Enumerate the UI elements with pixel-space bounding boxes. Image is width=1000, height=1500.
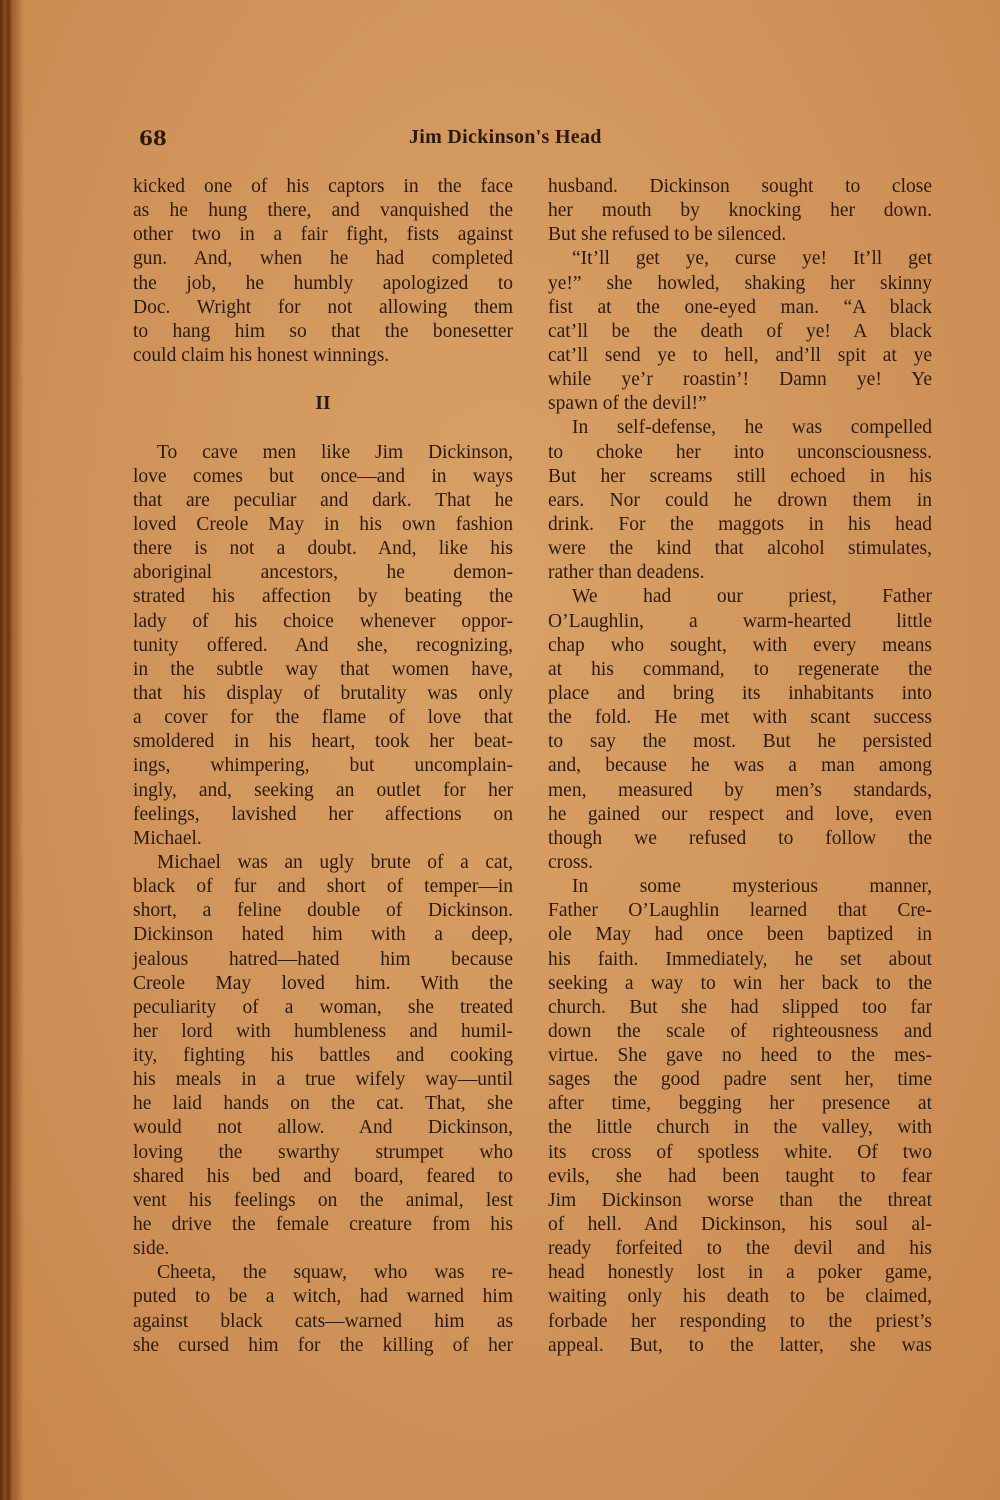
text-line: seeking a way to win her back to the [548, 972, 932, 996]
text-line: Michael was an ugly brute of a cat, [133, 851, 513, 875]
text-line: could claim his honest winnings. [133, 344, 513, 368]
text-line: down the scale of righteousness and [548, 1020, 932, 1044]
text-line: to choke her into unconsciousness. [548, 441, 932, 465]
text-line: men, measured by men’s standards, [548, 779, 932, 803]
text-line: But her screams still echoed in his [548, 465, 932, 489]
text-line: cross. [548, 851, 932, 875]
text-line: fist at the one-eyed man. “A black [548, 296, 932, 320]
text-line [133, 368, 513, 392]
text-line: spawn of the devil!” [548, 392, 932, 416]
text-line: ole May had once been baptized in [548, 923, 932, 947]
text-line: virtue. She gave no heed to the mes- [548, 1044, 932, 1068]
text-line: “It’ll get ye, curse ye! It’ll get [548, 247, 932, 271]
text-line: in the subtle way that women have, [133, 658, 513, 682]
text-line: while ye’r roastin’! Damn ye! Ye [548, 368, 932, 392]
text-line: his faith. Immediately, he set about [548, 948, 932, 972]
text-line: that are peculiar and dark. That he [133, 489, 513, 513]
text-line: Michael. [133, 827, 513, 851]
text-line: tunity offered. And she, recognizing, [133, 634, 513, 658]
text-line: smoldered in his heart, took her beat- [133, 730, 513, 754]
text-line [133, 416, 513, 440]
text-line: sages the good padre sent her, time [548, 1068, 932, 1092]
text-line: Doc. Wright for not allowing them [133, 296, 513, 320]
book-binding-edge [0, 0, 14, 1500]
text-line: were the kind that alcohol stimulates, [548, 537, 932, 561]
text-line: she cursed him for the killing of her [133, 1334, 513, 1358]
text-line: cat’ll be the death of ye! A black [548, 320, 932, 344]
text-line: against black cats—warned him as [133, 1310, 513, 1334]
text-line: Dickinson hated him with a deep, [133, 923, 513, 947]
text-line: forbade her responding to the priest’s [548, 1310, 932, 1334]
text-line: he drive the female creature from his [133, 1213, 513, 1237]
text-line: loved Creole May in his own fashion [133, 513, 513, 537]
text-line: after time, begging her presence at [548, 1092, 932, 1116]
text-line: other two in a fair fight, fists against [133, 223, 513, 247]
text-line: ings, whimpering, but uncomplain- [133, 754, 513, 778]
text-line: In self-defense, he was compelled [548, 416, 932, 440]
text-line: gun. And, when he had completed [133, 247, 513, 271]
text-line: though we refused to follow the [548, 827, 932, 851]
text-line: head honestly lost in a poker game, [548, 1261, 932, 1285]
text-line: ingly, and, seeking an outlet for her [133, 779, 513, 803]
text-line: shared his bed and board, feared to [133, 1165, 513, 1189]
text-line: Cheeta, the squaw, who was re- [133, 1261, 513, 1285]
text-line: aboriginal ancestors, he demon- [133, 561, 513, 585]
text-line: her lord with humbleness and humil- [133, 1020, 513, 1044]
text-line: kicked one of his captors in the face [133, 175, 513, 199]
text-line: at his command, to regenerate the [548, 658, 932, 682]
text-line: he gained our respect and love, even [548, 803, 932, 827]
text-line: ears. Nor could he drown them in [548, 489, 932, 513]
text-line: loving the swarthy strumpet who [133, 1141, 513, 1165]
text-line: ye!” she howled, shaking her skinny [548, 272, 932, 296]
text-line: to hang him so that the bonesetter [133, 320, 513, 344]
text-line: lady of his choice whenever oppor- [133, 610, 513, 634]
text-line: puted to be a witch, had warned him [133, 1285, 513, 1309]
text-line: the fold. He met with scant success [548, 706, 932, 730]
text-line: Father O’Laughlin learned that Cre- [548, 899, 932, 923]
text-line: To cave men like Jim Dickinson, [133, 441, 513, 465]
left-text-column: kicked one of his captors in the faceas … [133, 175, 513, 1358]
text-line: he laid hands on the cat. That, she [133, 1092, 513, 1116]
text-line: But she refused to be silenced. [548, 223, 932, 247]
text-line: place and bring its inhabitants into [548, 682, 932, 706]
text-line: the little church in the valley, with [548, 1116, 932, 1140]
page-number: 68 [139, 126, 167, 150]
text-line: her mouth by knocking her down. [548, 199, 932, 223]
text-line: would not allow. And Dickinson, [133, 1116, 513, 1140]
text-line: Creole May loved him. With the [133, 972, 513, 996]
text-line: appeal. But, to the latter, she was [548, 1334, 932, 1358]
page-header: 68 Jim Dickinson's Head [139, 126, 939, 156]
text-line: drink. For the maggots in his head [548, 513, 932, 537]
text-line: of hell. And Dickinson, his soul al- [548, 1213, 932, 1237]
text-line: rather than deadens. [548, 561, 932, 585]
text-line: love comes but once—and in ways [133, 465, 513, 489]
text-line: O’Laughlin, a warm-hearted little [548, 610, 932, 634]
section-heading: II [133, 392, 513, 416]
text-line: cat’ll send ye to hell, and’ll spit at y… [548, 344, 932, 368]
text-line: to say the most. But he persisted [548, 730, 932, 754]
text-line: his meals in a true wifely way—until [133, 1068, 513, 1092]
text-line: evils, she had been taught to fear [548, 1165, 932, 1189]
text-line: a cover for the flame of love that [133, 706, 513, 730]
text-line: ity, fighting his battles and cooking [133, 1044, 513, 1068]
text-line: short, a feline double of Dickinson. [133, 899, 513, 923]
text-line: waiting only his death to be claimed, [548, 1285, 932, 1309]
text-line: husband. Dickinson sought to close [548, 175, 932, 199]
text-line: chap who sought, with every means [548, 634, 932, 658]
text-line: that his display of brutality was only [133, 682, 513, 706]
text-line: side. [133, 1237, 513, 1261]
running-title: Jim Dickinson's Head [409, 126, 602, 149]
binding-shadow [14, 0, 24, 1500]
text-line: jealous hatred—hated him because [133, 948, 513, 972]
text-line: vent his feelings on the animal, lest [133, 1189, 513, 1213]
text-line: there is not a doubt. And, like his [133, 537, 513, 561]
text-line: black of fur and short of temper—in [133, 875, 513, 899]
text-line: as he hung there, and vanquished the [133, 199, 513, 223]
text-line: peculiarity of a woman, she treated [133, 996, 513, 1020]
text-line: and, because he was a man among [548, 754, 932, 778]
right-text-column: husband. Dickinson sought to closeher mo… [548, 175, 932, 1358]
text-line: strated his affection by beating the [133, 585, 513, 609]
text-line: In some mysterious manner, [548, 875, 932, 899]
text-line: feelings, lavished her affections on [133, 803, 513, 827]
text-line: church. But she had slipped too far [548, 996, 932, 1020]
text-line: its cross of spotless white. Of two [548, 1141, 932, 1165]
text-line: Jim Dickinson worse than the threat [548, 1189, 932, 1213]
text-line: We had our priest, Father [548, 585, 932, 609]
text-line: the job, he humbly apologized to [133, 272, 513, 296]
text-line: ready forfeited to the devil and his [548, 1237, 932, 1261]
